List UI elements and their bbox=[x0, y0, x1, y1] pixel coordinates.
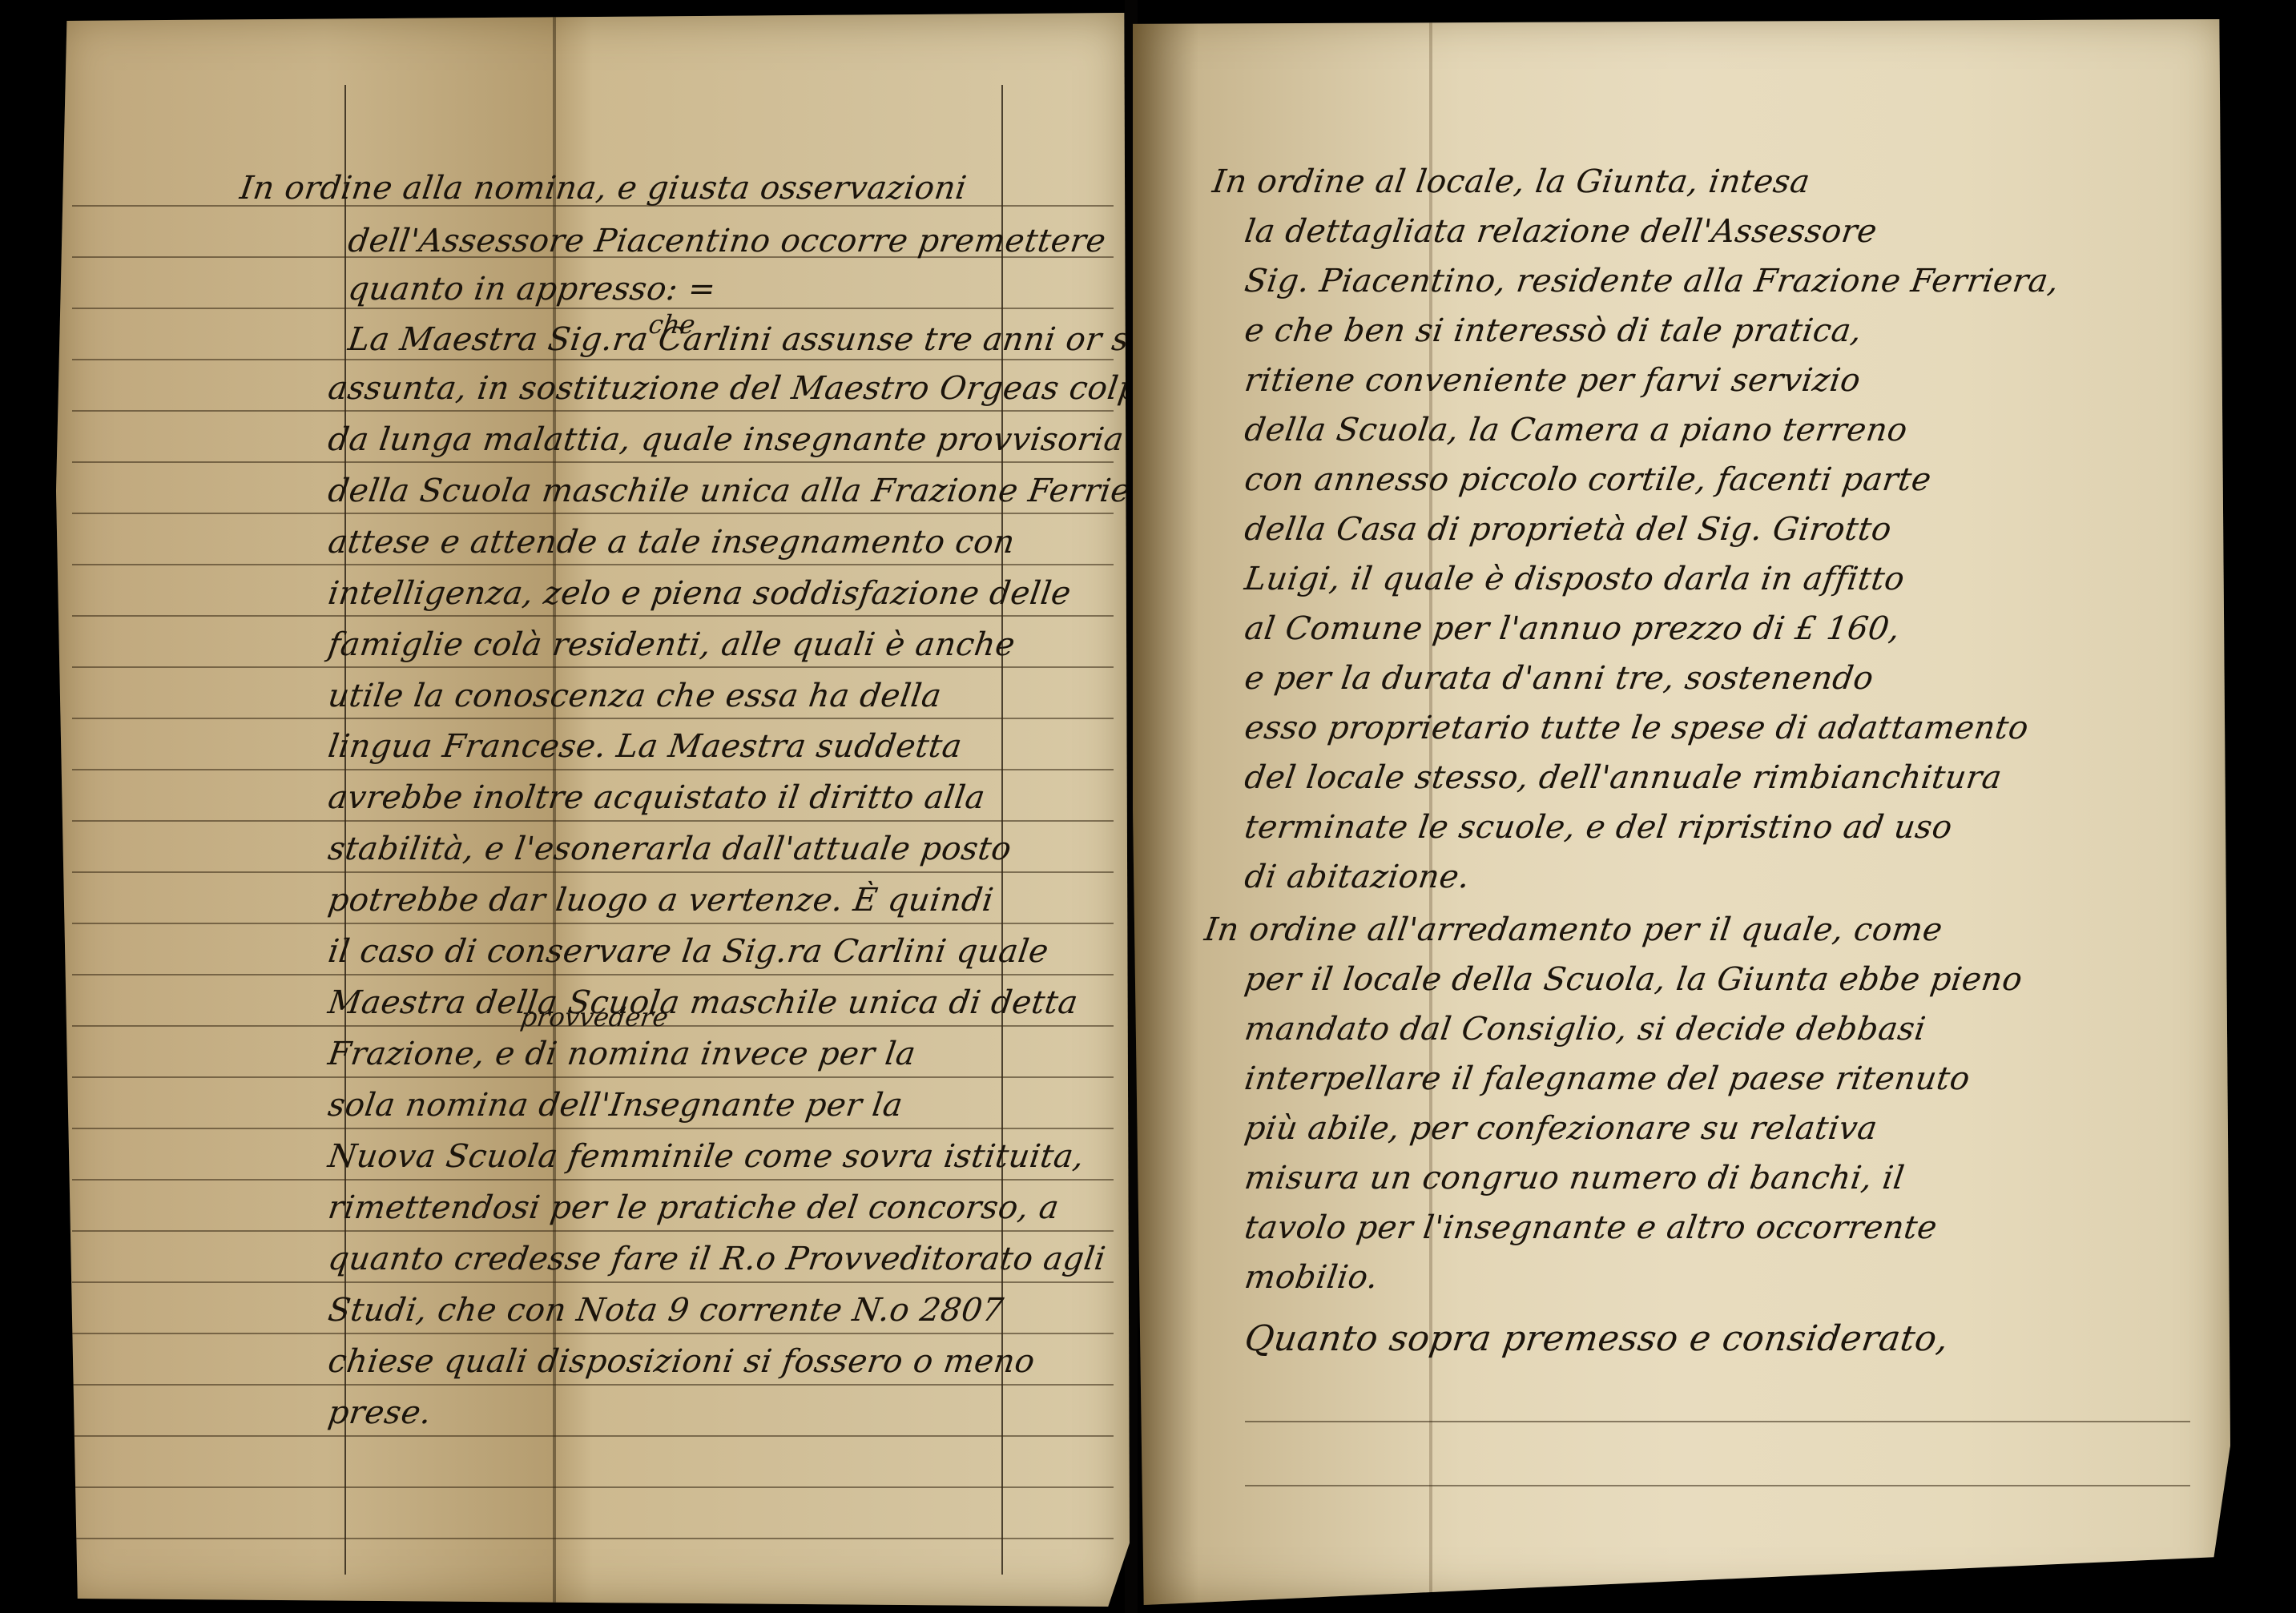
text-line: mandato dal Consiglio, si decide debbasi bbox=[1243, 1011, 1928, 1048]
ruled-line bbox=[72, 666, 1114, 668]
ruled-line bbox=[72, 513, 1114, 514]
text-line: famiglie colà residenti, alle quali è an… bbox=[326, 626, 1017, 663]
text-line: assunta, in sostituzione del Maestro Org… bbox=[326, 370, 1186, 407]
text-line: misura un congruo numero di banchi, il bbox=[1243, 1160, 1907, 1197]
text-line: Quanto sopra premesso e considerato, bbox=[1242, 1318, 1951, 1359]
ruled-line bbox=[72, 1281, 1114, 1283]
ruled-line bbox=[1245, 1421, 2190, 1422]
text-line: ritiene conveniente per farvi servizio bbox=[1243, 362, 1863, 399]
insertion-above: provvedere bbox=[518, 1002, 670, 1032]
right-page: In ordine al locale, la Giunta, intesa l… bbox=[1133, 11, 2230, 1605]
text-line: per il locale della Scuola, la Giunta eb… bbox=[1243, 961, 2025, 998]
text-line: Maestra della Scuola maschile unica di d… bbox=[326, 984, 1081, 1021]
text-line: Luigi, il quale è disposto darla in affi… bbox=[1243, 561, 1907, 597]
ruled-line bbox=[72, 1128, 1114, 1129]
ruled-line bbox=[1245, 1485, 2190, 1486]
text-line: prese. bbox=[326, 1394, 434, 1431]
ruled-line bbox=[72, 461, 1114, 463]
text-line: della Scuola maschile unica alla Frazion… bbox=[326, 473, 1179, 509]
text-line: della Casa di proprietà del Sig. Girotto bbox=[1243, 511, 1894, 548]
ruled-line bbox=[72, 923, 1114, 924]
text-line: stabilità, e l'esonerarla dall'attuale p… bbox=[326, 831, 1014, 867]
ruled-line bbox=[72, 359, 1114, 360]
text-line: avrebbe inoltre acquistato il diritto al… bbox=[326, 779, 988, 816]
text-line: con annesso piccolo cortile, facenti par… bbox=[1243, 461, 1934, 498]
ruled-line bbox=[72, 1333, 1114, 1334]
text-line: intelligenza, zelo e piena soddisfazione… bbox=[326, 575, 1073, 612]
text-line: e per la durata d'anni tre, sostenendo bbox=[1243, 660, 1876, 697]
text-line: quanto in appresso: = bbox=[346, 271, 719, 308]
text-line: La Maestra Sig.ra Carlini assunse tre an… bbox=[346, 321, 1202, 358]
ruled-line bbox=[72, 769, 1114, 770]
ruled-line bbox=[72, 1076, 1114, 1078]
ruled-line bbox=[72, 1179, 1114, 1181]
ruled-line bbox=[72, 308, 1114, 309]
ruled-line bbox=[72, 1230, 1114, 1232]
text-line: della Scuola, la Camera a piano terreno bbox=[1243, 412, 1910, 449]
text-line: sola nomina dell'Insegnante per la bbox=[326, 1087, 905, 1124]
text-line: la dettagliata relazione dell'Assessore bbox=[1243, 213, 1879, 250]
text-line: chiese quali disposizioni si fossero o m… bbox=[326, 1343, 1037, 1380]
text-line: da lunga malattia, quale insegnante prov… bbox=[326, 421, 1126, 458]
text-line: esso proprietario tutte le spese di adat… bbox=[1243, 710, 2031, 746]
ruled-line bbox=[72, 820, 1114, 822]
text-line: quanto credesse fare il R.o Provveditora… bbox=[326, 1241, 1108, 1277]
text-line: interpellare il falegname del paese rite… bbox=[1243, 1060, 1972, 1097]
text-line: e che ben si interessò di tale pratica, bbox=[1243, 312, 1864, 349]
text-line: In ordine all'arredamento per il quale, … bbox=[1202, 911, 1945, 948]
text-line: Nuova Scuola femminile come sovra istitu… bbox=[326, 1138, 1086, 1175]
left-page: In ordine alla nomina, e giusta osservaz… bbox=[56, 13, 1130, 1607]
ruled-line bbox=[72, 1384, 1114, 1386]
ruled-line bbox=[72, 871, 1114, 873]
ruled-line bbox=[72, 410, 1114, 412]
text-line: dell'Assessore Piacentino occorre premet… bbox=[346, 223, 1109, 259]
text-line: Studi, che con Nota 9 corrente N.o 2807 bbox=[326, 1292, 1006, 1329]
text-line: di abitazione. bbox=[1243, 859, 1472, 895]
text-line: potrebbe dar luogo a vertenze. È quindi bbox=[326, 882, 996, 919]
text-line: più abile, per confezionare su relativa bbox=[1243, 1110, 1880, 1147]
text-line: il caso di conservare la Sig.ra Carlini … bbox=[326, 933, 1051, 970]
ruled-line bbox=[72, 564, 1114, 565]
text-line: In ordine alla nomina, e giusta osservaz… bbox=[238, 170, 969, 207]
ruled-line bbox=[72, 974, 1114, 975]
text-line: lingua Francese. La Maestra suddetta bbox=[326, 728, 965, 765]
text-line: mobilio. bbox=[1243, 1259, 1381, 1296]
text-line: In ordine al locale, la Giunta, intesa bbox=[1210, 163, 1813, 200]
ruled-line bbox=[72, 1538, 1114, 1539]
text-line: Sig. Piacentino, residente alla Frazione… bbox=[1243, 263, 2061, 300]
text-line: rimettendosi per le pratiche del concors… bbox=[326, 1189, 1061, 1226]
ruled-line bbox=[72, 1486, 1114, 1488]
text-line: tavolo per l'insegnante e altro occorren… bbox=[1243, 1209, 1940, 1246]
text-line: del locale stesso, dell'annuale rimbianc… bbox=[1243, 759, 2004, 796]
ruled-line bbox=[72, 615, 1114, 617]
text-line: al Comune per l'annuo prezzo di £ 160, bbox=[1243, 610, 1903, 647]
paper-fold bbox=[1429, 11, 1432, 1605]
ruled-line bbox=[72, 718, 1114, 719]
text-line: Frazione, e di nomina invece per la bbox=[326, 1036, 918, 1072]
text-line: utile la conoscenza che essa ha della bbox=[326, 678, 944, 714]
ruled-line bbox=[72, 1435, 1114, 1437]
text-line: attese e attende a tale insegnamento con bbox=[326, 524, 1017, 561]
text-line: terminate le scuole, e del ripristino ad… bbox=[1243, 809, 1955, 846]
